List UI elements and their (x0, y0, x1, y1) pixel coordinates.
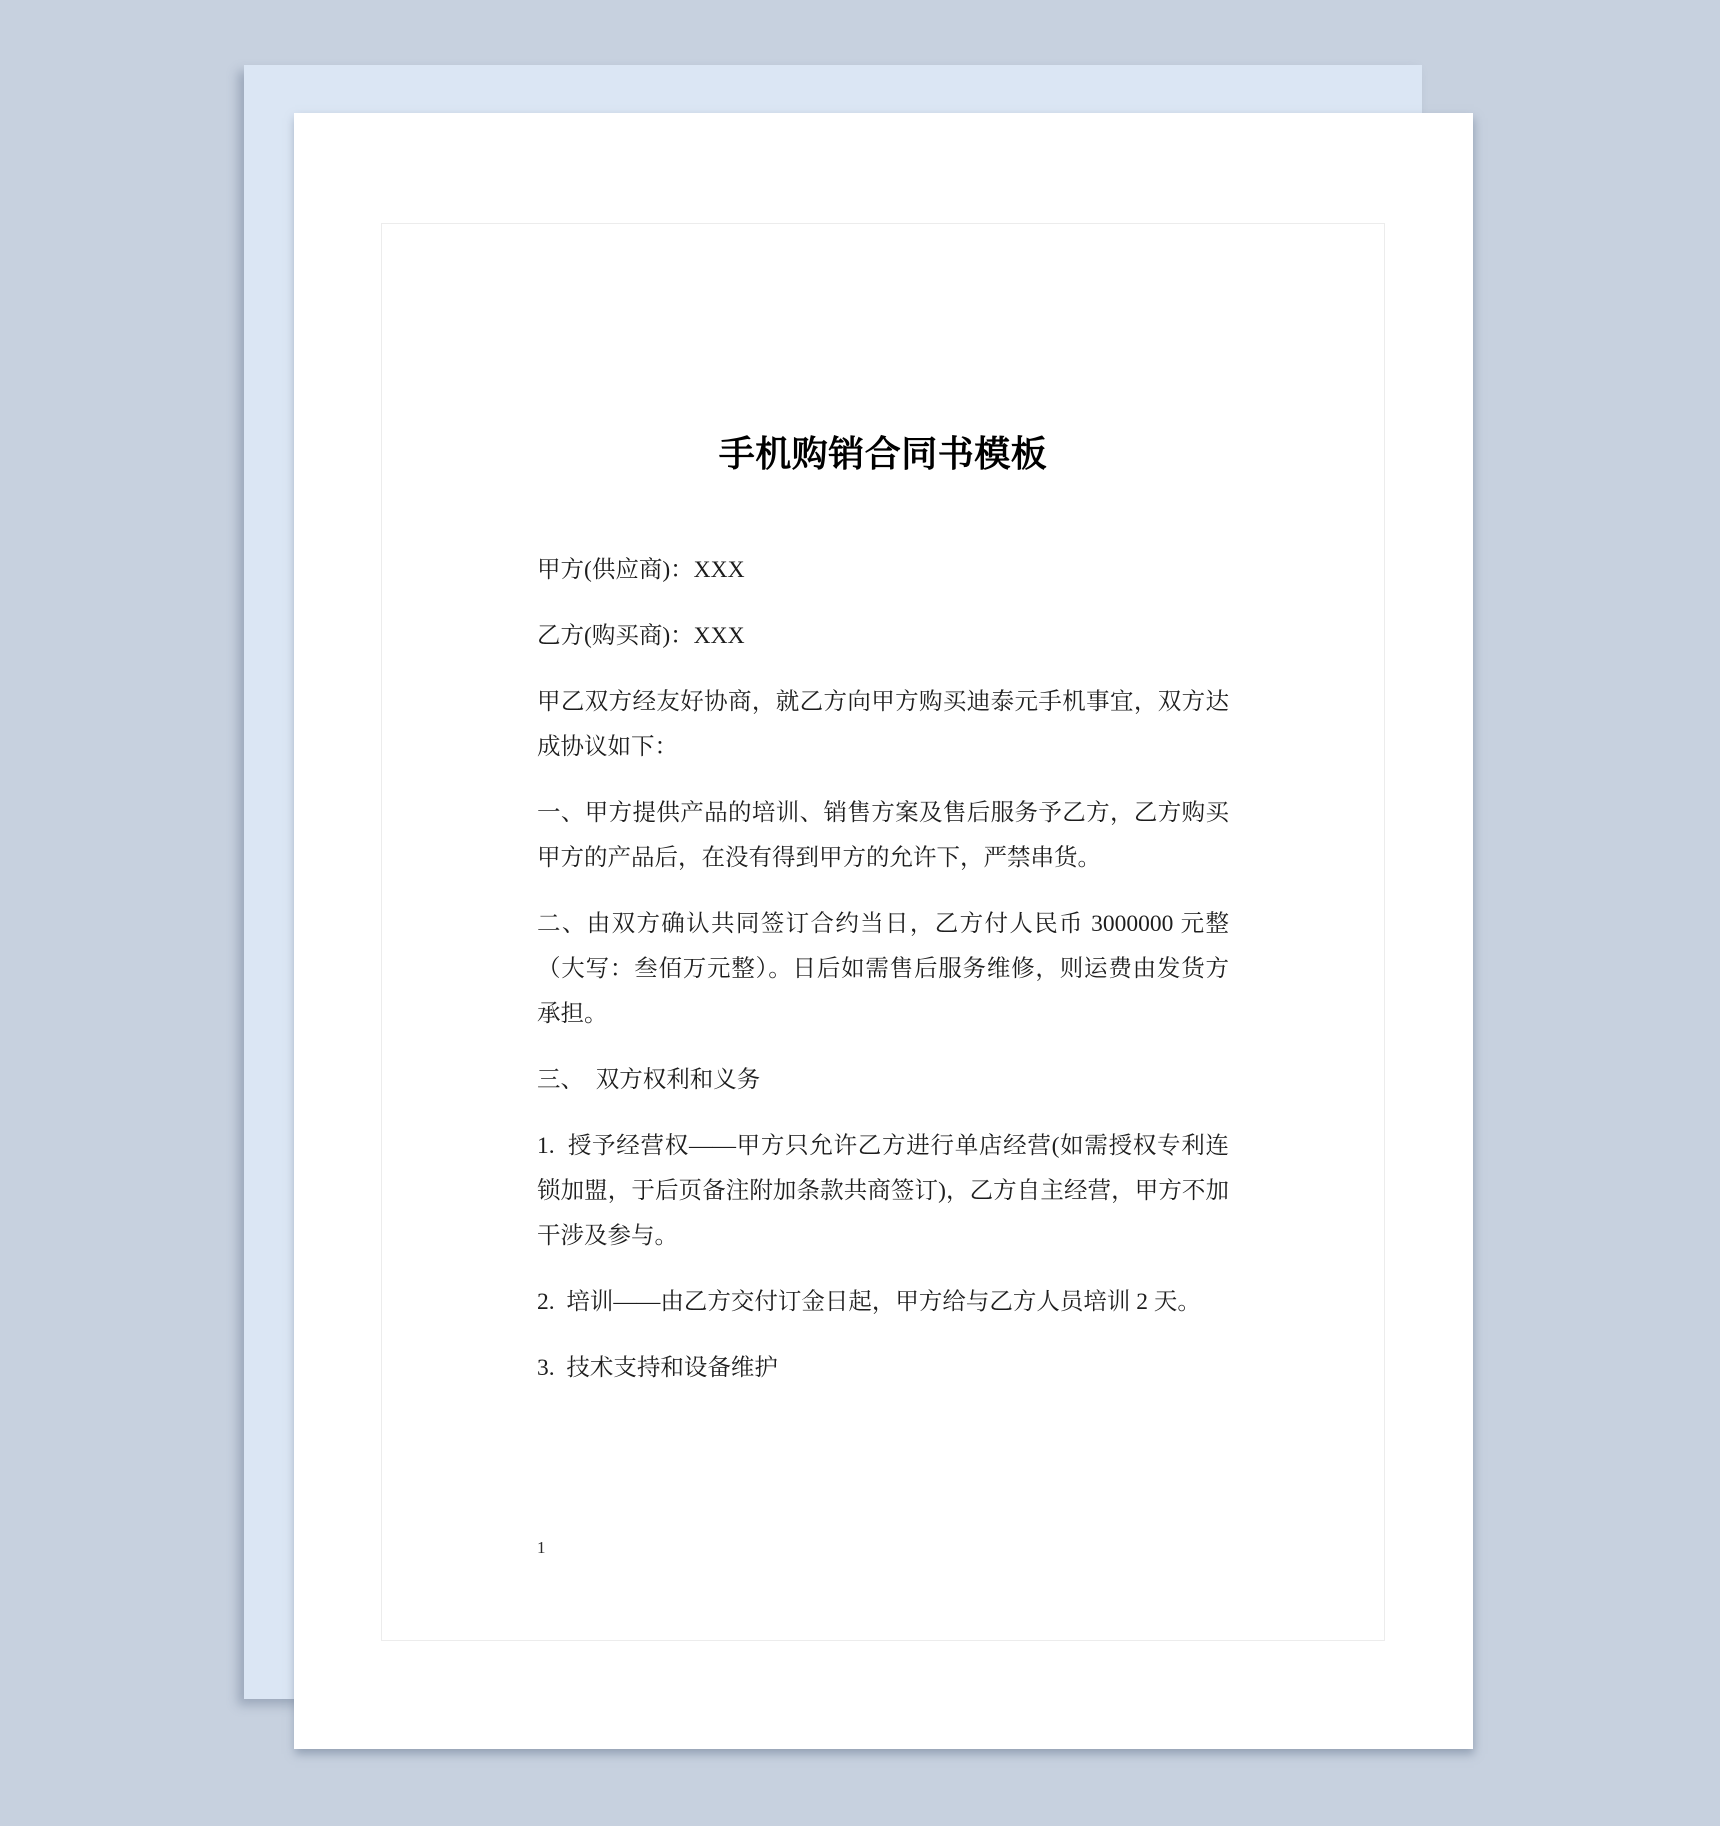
paragraph-clause-3-item-2: 2. 培训——由乙方交付订金日起，甲方给与乙方人员培训 2 天。 (537, 1280, 1229, 1325)
desktop-background: { "document": { "title": "手机购销合同书模板", "p… (0, 0, 1720, 1826)
paragraph-clause-3-heading: 三、 双方权利和义务 (537, 1058, 1229, 1103)
document-title: 手机购销合同书模板 (537, 431, 1229, 476)
paragraph-party-a: 甲方(供应商)：XXX (537, 548, 1229, 593)
paragraph-preamble: 甲乙双方经友好协商，就乙方向甲方购买迪泰元手机事宜，双方达成协议如下： (537, 680, 1229, 770)
paragraph-clause-2: 二、由双方确认共同签订合约当日，乙方付人民币 3000000 元整（大写：叁佰万… (537, 902, 1229, 1037)
document-body: 手机购销合同书模板 甲方(供应商)：XXX 乙方(购买商)：XXX 甲乙双方经友… (537, 431, 1229, 1412)
paragraph-party-b: 乙方(购买商)：XXX (537, 614, 1229, 659)
document-page: 手机购销合同书模板 甲方(供应商)：XXX 乙方(购买商)：XXX 甲乙双方经友… (294, 113, 1473, 1749)
page-number: 1 (537, 1537, 546, 1558)
paragraph-clause-1: 一、甲方提供产品的培训、销售方案及售后服务予乙方，乙方购买甲方的产品后，在没有得… (537, 791, 1229, 881)
paragraph-clause-3-item-3: 3. 技术支持和设备维护 (537, 1346, 1229, 1391)
paragraph-clause-3-item-1: 1. 授予经营权——甲方只允许乙方进行单店经营(如需授权专利连锁加盟，于后页备注… (537, 1124, 1229, 1259)
